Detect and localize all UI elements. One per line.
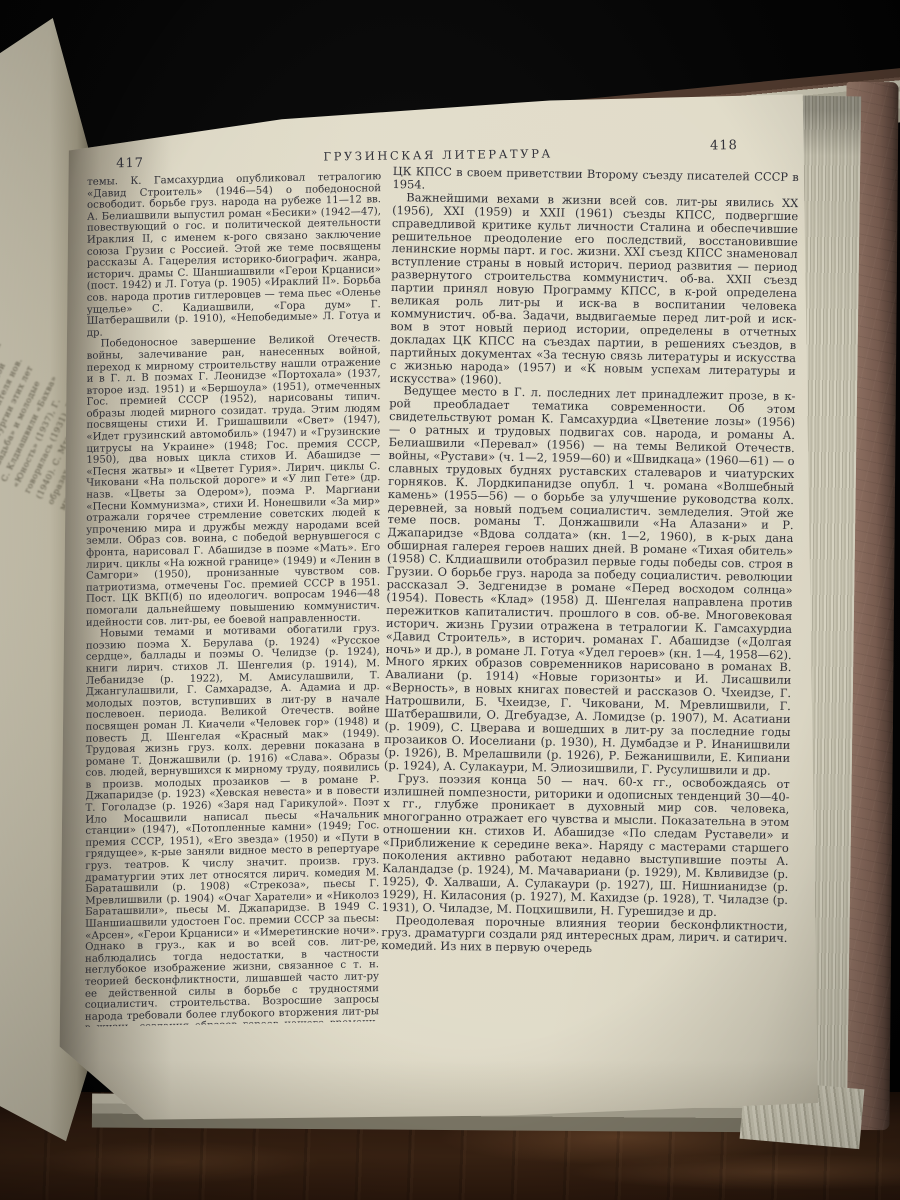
page-header: 417 ГРУЗИНСКАЯ ЛИТЕРАТУРА 418	[88, 141, 788, 150]
right-page: 417 ГРУЗИНСКАЯ ЛИТЕРАТУРА 418 темы. К. Г…	[52, 88, 818, 1130]
paragraph: Преодолевая порочные влияния теории беск…	[381, 914, 788, 959]
column-418-paragraphs: ЦК КПСС в своем приветствии Второму съез…	[381, 165, 799, 958]
paragraph: Победоносное завершение Великой Отечеств…	[86, 333, 381, 628]
column-number-left: 417	[116, 156, 144, 171]
text-column-417: темы. К. Гамсахурдиа опубликовал тетрало…	[85, 171, 381, 1027]
column-number-right: 418	[710, 138, 738, 153]
text-column-418: ЦК КПСС в своем приветствии Второму съез…	[379, 165, 799, 1091]
photo-scene: ЛИТЕРАТУРАсен из Марабдыборьбе груз. нар…	[0, 0, 900, 1200]
paragraph: темы. К. Гамсахурдиа опубликовал тетрало…	[87, 171, 381, 339]
paragraph: Важнейшими вехами в жизни всей сов. лит-…	[390, 191, 799, 391]
paragraph: Ведущее место в Г. л. последних лет прин…	[384, 384, 796, 777]
column-417-paragraphs: темы. К. Гамсахурдиа опубликовал тетрало…	[85, 171, 381, 1027]
running-title: ГРУЗИНСКАЯ ЛИТЕРАТУРА	[268, 146, 608, 164]
paragraph: Груз. поэзия конца 50 — нач. 60-х гг., о…	[382, 772, 790, 920]
paragraph: Новыми темами и мотивами обогатили груз.…	[85, 623, 380, 1026]
